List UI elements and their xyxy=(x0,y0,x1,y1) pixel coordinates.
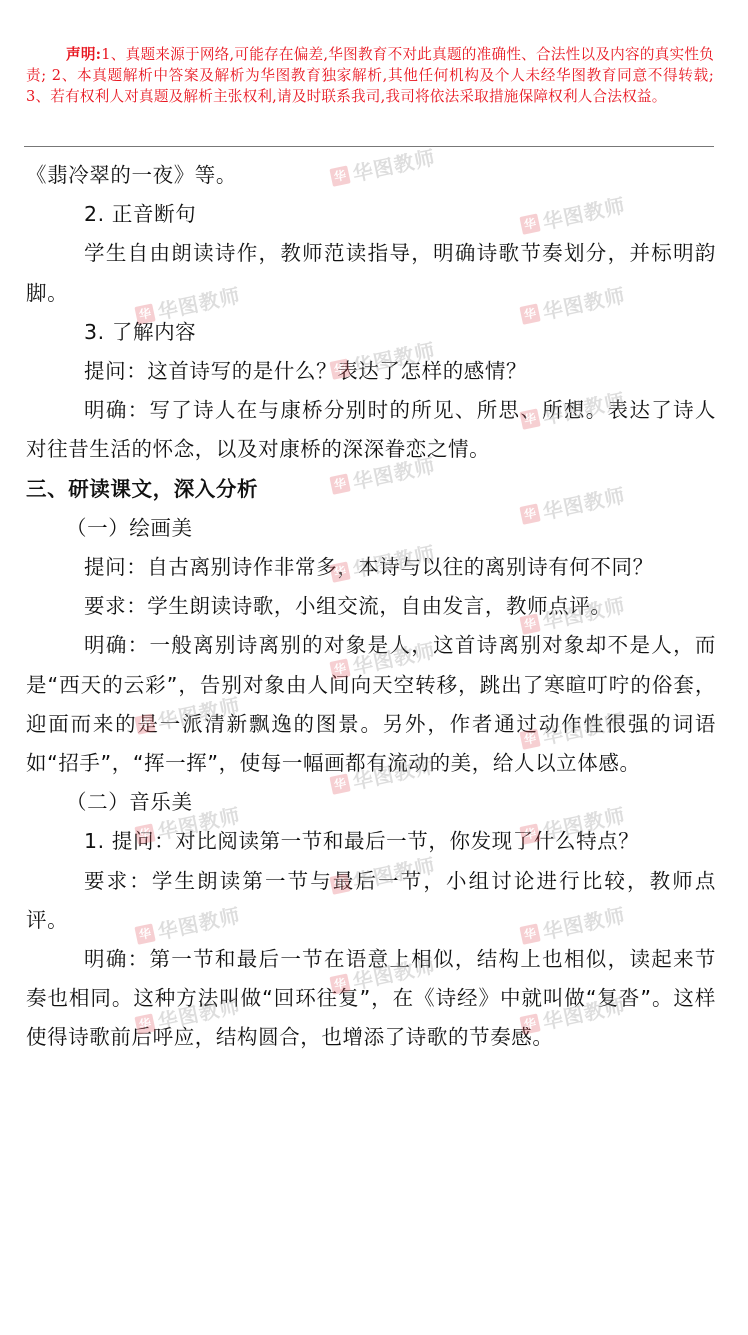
disclaimer: 声明:1、真题来源于网络,可能存在偏差,华图教育不对此真题的准确性、合法性以及内… xyxy=(26,44,714,108)
paragraph-question-2: 提问：自古离别诗作非常多，本诗与以往的离别诗有何不同？ xyxy=(26,548,716,587)
paragraph-answer: 明确：写了诗人在与康桥分别时的所见、所思、所想。表达了诗人对往昔生活的怀念，以及… xyxy=(26,391,716,469)
paragraph-answer-2: 明确：一般离别诗离别的对象是人，这首诗离别对象却不是人，而是“西天的云彩”，告别… xyxy=(26,626,716,783)
paragraph-answer-3: 明确：第一节和最后一节在语意上相似，结构上也相似，读起来节奏也相同。这种方法叫做… xyxy=(26,940,716,1058)
section-heading-analysis: 三、研读课文，深入分析 xyxy=(26,470,716,509)
subheading-music: （二）音乐美 xyxy=(26,783,716,822)
paragraph-question: 提问：这首诗写的是什么？表达了怎样的感情？ xyxy=(26,352,716,391)
heading-content: 3. 了解内容 xyxy=(26,313,716,352)
paragraph-question-3: 1. 提问：对比阅读第一节和最后一节，你发现了什么特点？ xyxy=(26,822,716,861)
header-divider xyxy=(24,146,714,147)
paragraph-reading: 学生自由朗读诗作，教师范读指导，明确诗歌节奏划分，并标明韵脚。 xyxy=(26,234,716,312)
paragraph-continuation: 《翡冷翠的一夜》等。 xyxy=(26,156,716,195)
document-body: 《翡冷翠的一夜》等。 2. 正音断句 学生自由朗读诗作，教师范读指导，明确诗歌节… xyxy=(26,156,716,1058)
subheading-painting: （一）绘画美 xyxy=(26,509,716,548)
paragraph-requirement-2: 要求：学生朗读第一节与最后一节，小组讨论进行比较，教师点评。 xyxy=(26,862,716,940)
disclaimer-text: 1、真题来源于网络,可能存在偏差,华图教育不对此真题的准确性、合法性以及内容的真… xyxy=(26,46,714,105)
heading-pronunciation: 2. 正音断句 xyxy=(26,195,716,234)
paragraph-requirement: 要求：学生朗读诗歌，小组交流，自由发言，教师点评。 xyxy=(26,587,716,626)
disclaimer-lead: 声明: xyxy=(66,46,101,63)
